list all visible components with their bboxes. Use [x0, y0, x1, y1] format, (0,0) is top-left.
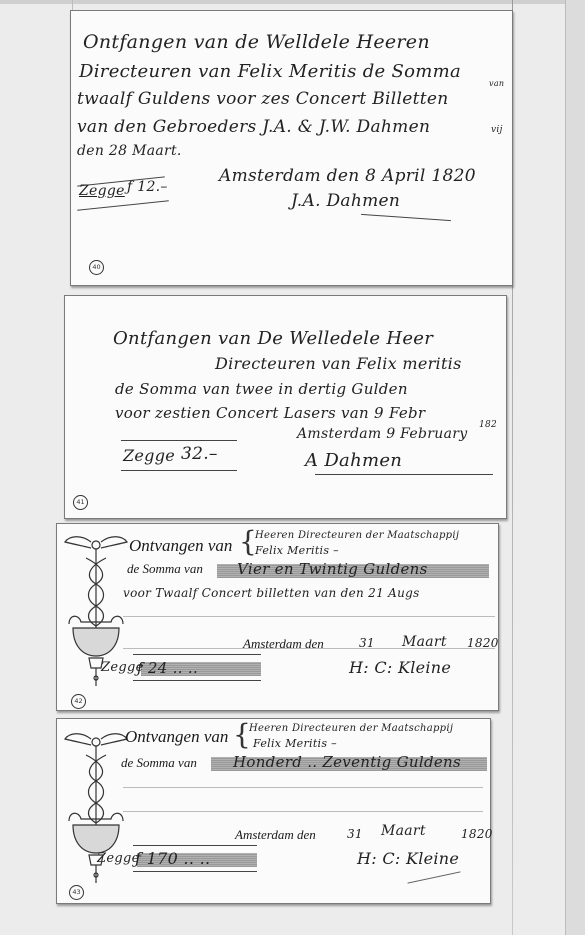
receipt-43: Ontvangen van { Heeren Directeuren der M… — [56, 718, 491, 904]
printed-received-from: Ontvangen van — [129, 536, 232, 556]
amount-rule — [133, 654, 261, 655]
day: 31 — [347, 827, 363, 841]
receipt-line: Ontfangen van De Welledele Heer — [113, 328, 433, 349]
amount-rule — [77, 200, 169, 211]
receipt-41: Ontfangen van De Welledele Heer Directeu… — [64, 295, 507, 519]
place-date: Amsterdam 9 February — [297, 426, 467, 442]
place-label: Amsterdam den — [243, 636, 324, 652]
receipt-superscript: van — [489, 79, 504, 88]
month: Maart — [402, 634, 447, 650]
scan-margin-strip — [565, 0, 585, 935]
receipt-line: Directeuren van Felix meritis — [215, 354, 462, 373]
amount-label: Zegge — [123, 446, 175, 465]
sum-written: Vier en Twintig Guldens — [237, 560, 428, 578]
year-fragment: 182 — [479, 420, 497, 430]
amount-value: ƒ 12.– — [127, 179, 168, 195]
receipt-line: Ontfangen van de Welldele Heeren — [83, 31, 430, 53]
day: 31 — [359, 636, 375, 650]
year: 1820 — [461, 827, 493, 841]
amount-value: 32.– — [181, 444, 218, 464]
receipt-line: van den Gebroeders J.A. & J.W. Dahmen — [77, 117, 430, 137]
form-rule — [123, 811, 483, 812]
amount-rule — [133, 680, 261, 681]
receipt-line: twaalf Guldens voor zes Concert Billette… — [77, 89, 449, 109]
amount-rule — [121, 440, 237, 441]
archive-number-badge: 41 — [73, 495, 88, 510]
amount-rule — [133, 871, 257, 872]
payer-line: Felix Meritis – — [255, 544, 339, 557]
printed-sum-of: de Somma van — [127, 561, 203, 577]
receipt-line: den 28 Maart. — [77, 143, 182, 159]
signature-underline — [315, 474, 493, 475]
printed-sum-of: de Somma van — [121, 755, 197, 771]
signature-flourish — [407, 871, 460, 883]
signature-flourish — [361, 214, 451, 221]
place-date: Amsterdam den 8 April 1820 — [219, 166, 476, 186]
amount-label: Zegge — [97, 851, 140, 866]
signature: J.A. Dahmen — [291, 191, 400, 211]
form-rule — [123, 787, 483, 788]
printed-received-from: Ontvangen van — [125, 727, 228, 747]
year: 1820 — [467, 636, 499, 650]
amount-rule — [133, 845, 257, 846]
signature: H: C: Kleine — [349, 658, 451, 677]
receipt-40: Ontfangen van de Welldele Heeren Directe… — [70, 10, 513, 286]
payer-line: Heeren Directeuren der Maatschappij — [249, 723, 453, 734]
month: Maart — [381, 823, 426, 839]
receipt-42: Ontvangen van { Heeren Directeuren der M… — [56, 523, 499, 711]
sum-written: Honderd .. Zeventig Guldens — [233, 753, 461, 771]
receipt-line: voor zestien Concert Lasers van 9 Febr — [115, 404, 425, 422]
scan-page-edge — [72, 0, 73, 10]
archive-number-badge: 40 — [89, 260, 104, 275]
place-label: Amsterdam den — [235, 827, 316, 843]
payer-line: Felix Meritis – — [253, 737, 337, 750]
amount-value: ƒ 170 .. .. — [135, 849, 210, 868]
signature: H: C: Kleine — [357, 849, 459, 868]
archive-number-badge: 43 — [69, 885, 84, 900]
amount-label: Zegge — [79, 183, 125, 199]
amount-value: ƒ 24 .. .. — [137, 659, 198, 677]
archive-number-badge: 42 — [71, 694, 86, 709]
amount-rule — [121, 470, 237, 471]
receipt-suffix: vij — [491, 125, 503, 135]
form-rule — [123, 616, 495, 617]
receipt-line: de Somma van twee in dertig Gulden — [115, 380, 408, 398]
payer-line: Heeren Directeuren der Maatschappij — [255, 530, 459, 541]
scan-top-edge — [0, 0, 585, 4]
receipt-line: Directeuren van Felix Meritis de Somma — [79, 61, 461, 82]
purpose-line: voor Twaalf Concert billetten van den 21… — [123, 586, 420, 600]
signature: A Dahmen — [305, 450, 402, 471]
